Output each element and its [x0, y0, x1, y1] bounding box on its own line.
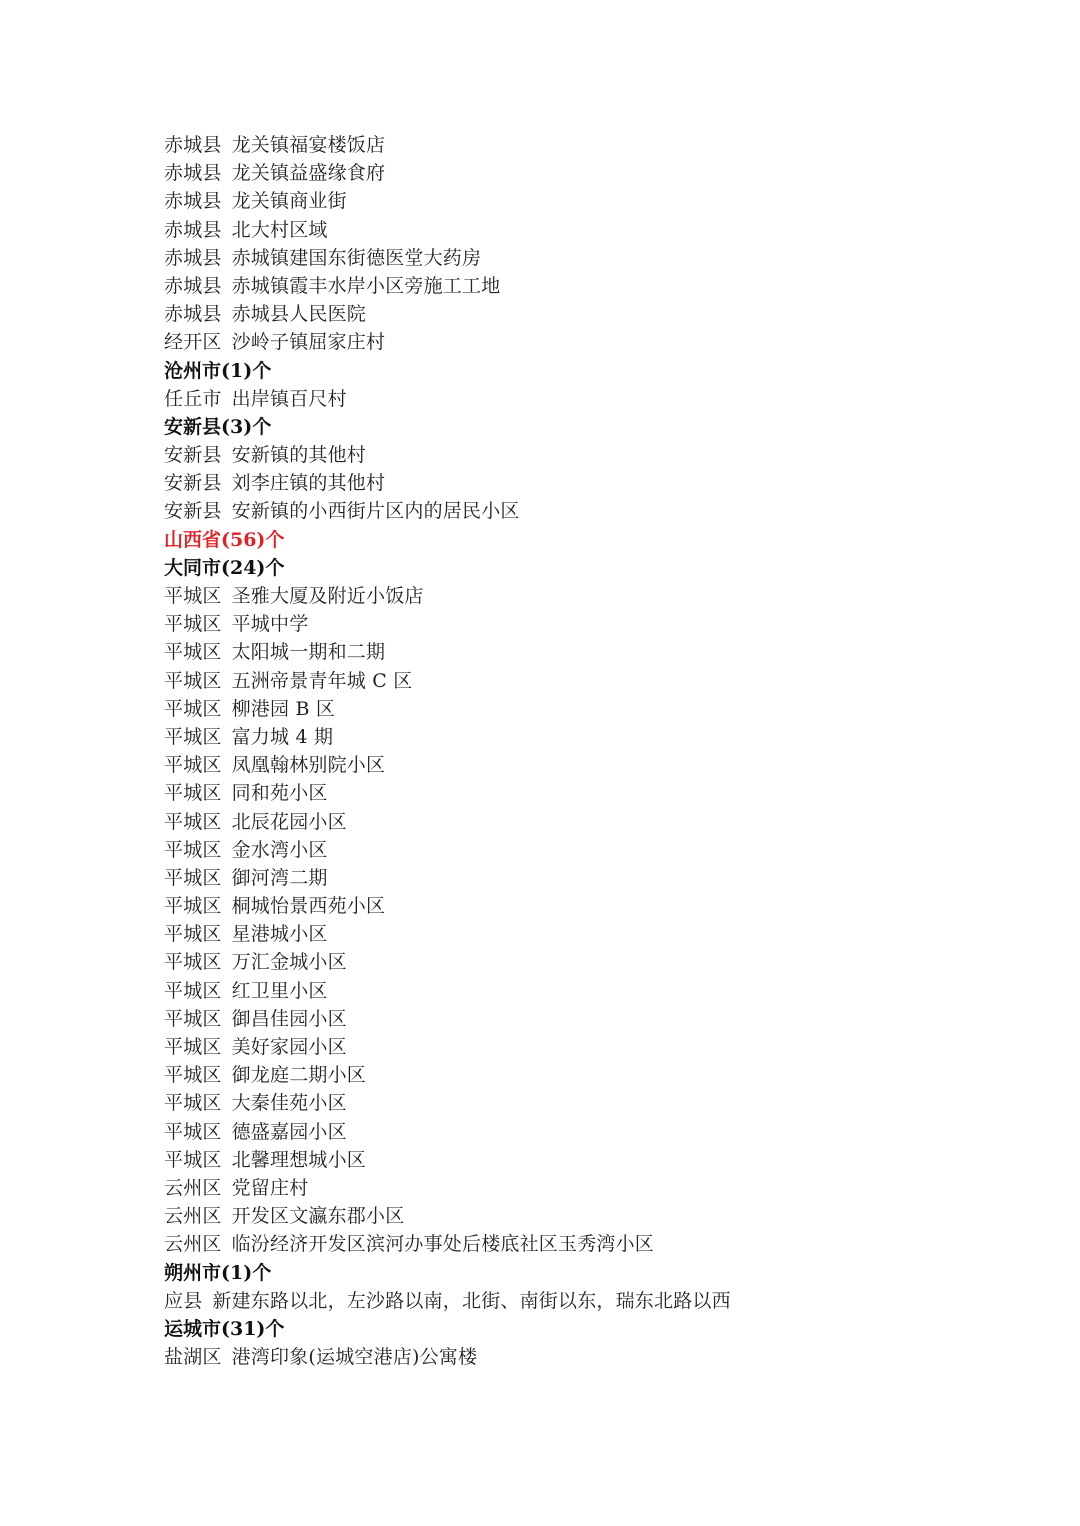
list-item: 平城区柳港园 B 区 — [164, 695, 964, 723]
list-item: 赤城县龙关镇商业街 — [164, 187, 964, 215]
list-item: 安新县刘李庄镇的其他村 — [164, 469, 964, 497]
district-label: 平城区 — [164, 948, 222, 976]
location-text: 同和苑小区 — [232, 782, 328, 804]
district-label: 平城区 — [164, 610, 222, 638]
location-text: 港湾印象(运城空港店)公寓楼 — [232, 1346, 478, 1368]
list-item: 云州区党留庄村 — [164, 1174, 964, 1202]
list-item: 应县新建东路以北，左沙路以南，北街、南街以东，瑞东北路以西 — [164, 1287, 964, 1315]
list-item: 平城区御河湾二期 — [164, 864, 964, 892]
city-heading: 运城市(31)个 — [164, 1315, 964, 1343]
district-label: 云州区 — [164, 1230, 222, 1258]
district-label: 任丘市 — [164, 385, 222, 413]
location-text: 御昌佳园小区 — [232, 1008, 347, 1030]
district-label: 平城区 — [164, 779, 222, 807]
district-label: 平城区 — [164, 695, 222, 723]
district-label: 盐湖区 — [164, 1343, 222, 1371]
list-item: 平城区大秦佳苑小区 — [164, 1089, 964, 1117]
list-item: 赤城县赤城县人民医院 — [164, 300, 964, 328]
location-text: 德盛嘉园小区 — [232, 1121, 347, 1143]
location-text: 龙关镇福宴楼饭店 — [232, 134, 386, 156]
list-item: 云州区临汾经济开发区滨河办事处后楼底社区玉秀湾小区 — [164, 1230, 964, 1258]
city-heading: 安新县(3)个 — [164, 413, 964, 441]
district-label: 赤城县 — [164, 187, 222, 215]
district-label: 赤城县 — [164, 244, 222, 272]
list-item: 平城区凤凰翰林别院小区 — [164, 751, 964, 779]
district-label: 赤城县 — [164, 300, 222, 328]
list-item: 赤城县赤城镇建国东街德医堂大药房 — [164, 244, 964, 272]
district-label: 平城区 — [164, 836, 222, 864]
location-text: 出岸镇百尺村 — [232, 388, 347, 410]
list-item: 平城区万汇金城小区 — [164, 948, 964, 976]
district-label: 安新县 — [164, 469, 222, 497]
city-heading: 沧州市(1)个 — [164, 357, 964, 385]
location-text: 美好家园小区 — [232, 1036, 347, 1058]
location-text: 赤城县人民医院 — [232, 303, 366, 325]
location-text: 赤城镇霞丰水岸小区旁施工工地 — [232, 275, 501, 297]
list-item: 经开区沙岭子镇屈家庄村 — [164, 328, 964, 356]
district-label: 安新县 — [164, 441, 222, 469]
district-label: 平城区 — [164, 667, 222, 695]
list-item: 云州区开发区文瀛东郡小区 — [164, 1202, 964, 1230]
location-text: 安新镇的其他村 — [232, 444, 366, 466]
city-heading: 朔州市(1)个 — [164, 1259, 964, 1287]
district-label: 赤城县 — [164, 131, 222, 159]
location-text: 柳港园 B 区 — [232, 698, 335, 720]
district-label: 云州区 — [164, 1202, 222, 1230]
location-text: 龙关镇商业街 — [232, 190, 347, 212]
location-text: 沙岭子镇屈家庄村 — [232, 331, 386, 353]
district-label: 平城区 — [164, 638, 222, 666]
list-item: 平城区同和苑小区 — [164, 779, 964, 807]
district-label: 云州区 — [164, 1174, 222, 1202]
location-text: 圣雅大厦及附近小饭店 — [232, 585, 424, 607]
list-item: 平城区圣雅大厦及附近小饭店 — [164, 582, 964, 610]
list-item: 赤城县龙关镇福宴楼饭店 — [164, 131, 964, 159]
district-label: 平城区 — [164, 1146, 222, 1174]
district-label: 平城区 — [164, 808, 222, 836]
location-text: 御河湾二期 — [232, 867, 328, 889]
district-label: 赤城县 — [164, 272, 222, 300]
district-label: 平城区 — [164, 977, 222, 1005]
list-item: 平城区富力城 4 期 — [164, 723, 964, 751]
location-text: 万汇金城小区 — [232, 951, 347, 973]
location-text: 大秦佳苑小区 — [232, 1092, 347, 1114]
location-text: 赤城镇建国东街德医堂大药房 — [232, 247, 482, 269]
list-item: 平城区御龙庭二期小区 — [164, 1061, 964, 1089]
list-item: 平城区金水湾小区 — [164, 836, 964, 864]
district-label: 平城区 — [164, 892, 222, 920]
district-label: 平城区 — [164, 920, 222, 948]
city-heading: 大同市(24)个 — [164, 554, 964, 582]
location-text: 五洲帝景青年城 C 区 — [232, 670, 413, 692]
district-label: 应县 — [164, 1287, 202, 1315]
list-item: 平城区红卫里小区 — [164, 977, 964, 1005]
list-item: 平城区北辰花园小区 — [164, 808, 964, 836]
location-text: 党留庄村 — [232, 1177, 309, 1199]
list-item: 平城区太阳城一期和二期 — [164, 638, 964, 666]
list-item: 任丘市出岸镇百尺村 — [164, 385, 964, 413]
list-item: 平城区星港城小区 — [164, 920, 964, 948]
district-label: 平城区 — [164, 1005, 222, 1033]
location-text: 开发区文瀛东郡小区 — [232, 1205, 405, 1227]
location-text: 富力城 4 期 — [232, 726, 334, 748]
list-item: 平城区德盛嘉园小区 — [164, 1118, 964, 1146]
list-item: 安新县安新镇的其他村 — [164, 441, 964, 469]
list-item: 平城区五洲帝景青年城 C 区 — [164, 667, 964, 695]
location-text: 北辰花园小区 — [232, 811, 347, 833]
location-text: 平城中学 — [232, 613, 309, 635]
district-label: 赤城县 — [164, 216, 222, 244]
location-text: 龙关镇益盛缘食府 — [232, 162, 386, 184]
location-text: 北馨理想城小区 — [232, 1149, 366, 1171]
province-heading: 山西省(56)个 — [164, 526, 964, 554]
list-item: 盐湖区港湾印象(运城空港店)公寓楼 — [164, 1343, 964, 1371]
location-text: 刘李庄镇的其他村 — [232, 472, 386, 494]
location-text: 新建东路以北，左沙路以南，北街、南街以东，瑞东北路以西 — [212, 1290, 730, 1312]
district-label: 平城区 — [164, 1061, 222, 1089]
district-label: 安新县 — [164, 497, 222, 525]
location-text: 金水湾小区 — [232, 839, 328, 861]
district-label: 平城区 — [164, 582, 222, 610]
location-text: 安新镇的小西街片区内的居民小区 — [232, 500, 520, 522]
location-text: 太阳城一期和二期 — [232, 641, 386, 663]
district-label: 经开区 — [164, 328, 222, 356]
district-label: 赤城县 — [164, 159, 222, 187]
list-item: 赤城县北大村区域 — [164, 216, 964, 244]
list-item: 平城区北馨理想城小区 — [164, 1146, 964, 1174]
list-item: 平城区御昌佳园小区 — [164, 1005, 964, 1033]
district-label: 平城区 — [164, 751, 222, 779]
list-item: 平城区美好家园小区 — [164, 1033, 964, 1061]
list-item: 赤城县赤城镇霞丰水岸小区旁施工工地 — [164, 272, 964, 300]
list-item: 平城区桐城怡景西苑小区 — [164, 892, 964, 920]
location-text: 红卫里小区 — [232, 980, 328, 1002]
district-label: 平城区 — [164, 1118, 222, 1146]
district-label: 平城区 — [164, 864, 222, 892]
location-text: 临汾经济开发区滨河办事处后楼底社区玉秀湾小区 — [232, 1233, 654, 1255]
location-text: 桐城怡景西苑小区 — [232, 895, 386, 917]
location-text: 御龙庭二期小区 — [232, 1064, 366, 1086]
location-text: 北大村区域 — [232, 219, 328, 241]
list-item: 赤城县龙关镇益盛缘食府 — [164, 159, 964, 187]
district-label: 平城区 — [164, 1089, 222, 1117]
list-item: 平城区平城中学 — [164, 610, 964, 638]
list-item: 安新县安新镇的小西街片区内的居民小区 — [164, 497, 964, 525]
location-text: 星港城小区 — [232, 923, 328, 945]
district-label: 平城区 — [164, 1033, 222, 1061]
district-label: 平城区 — [164, 723, 222, 751]
location-text: 凤凰翰林别院小区 — [232, 754, 386, 776]
document-page: 赤城县龙关镇福宴楼饭店赤城县龙关镇益盛缘食府赤城县龙关镇商业街赤城县北大村区域赤… — [164, 131, 964, 1371]
